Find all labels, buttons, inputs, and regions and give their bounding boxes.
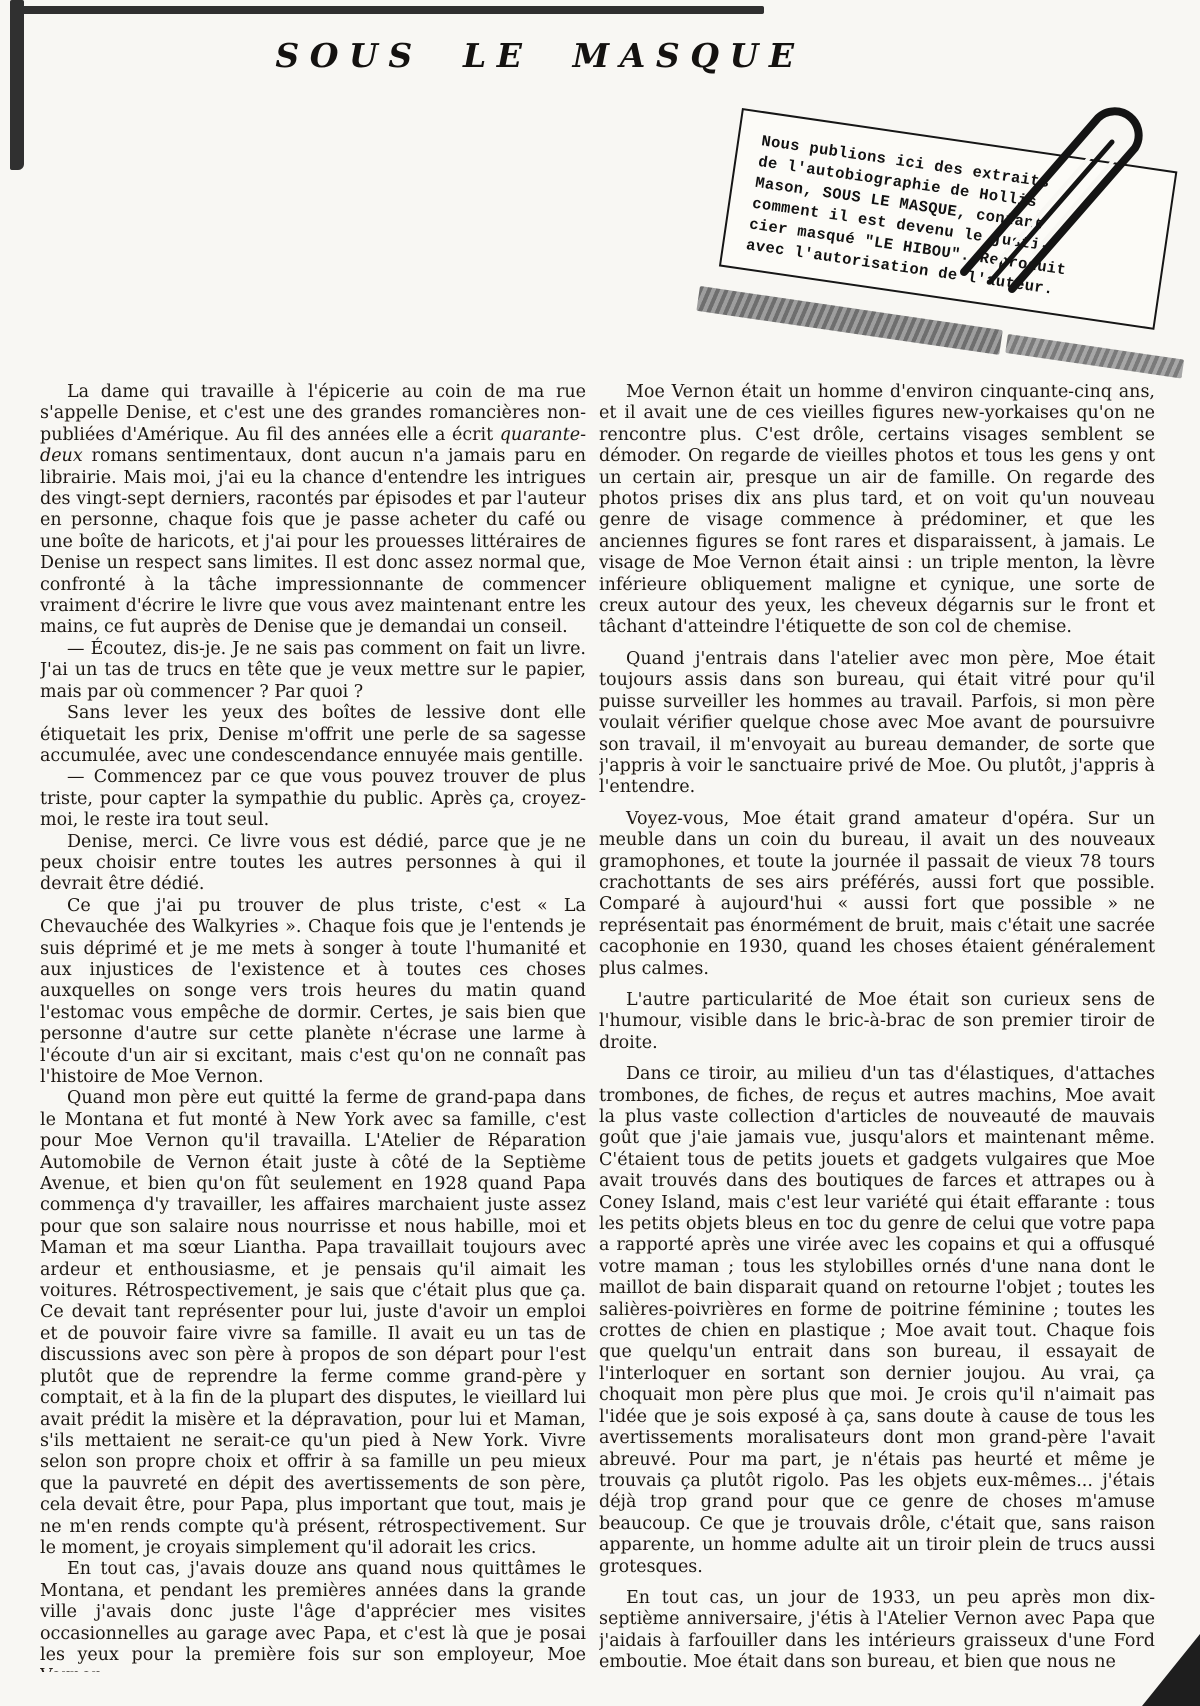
paragraph: Quand j'entrais dans l'atelier avec mon … [599, 649, 1155, 799]
page-title: SOUS LE MASQUE [275, 36, 804, 75]
text-column-right: Moe Vernon était un homme d'environ cinq… [599, 382, 1155, 1672]
paragraph: La dame qui travaille à l'épicerie au co… [40, 382, 586, 639]
paragraph: — Écoutez, dis-je. Je ne sais pas commen… [40, 639, 586, 703]
paragraph: Voyez-vous, Moe était grand amateur d'op… [599, 809, 1155, 980]
paragraph: Moe Vernon était un homme d'environ cinq… [599, 382, 1155, 639]
paragraph: En tout cas, j'avais douze ans quand nou… [40, 1559, 586, 1672]
paragraph: Dans ce tiroir, au milieu d'un tas d'éla… [599, 1064, 1155, 1578]
paragraph: Denise, merci. Ce livre vous est dédié, … [40, 832, 586, 896]
paragraph: Sans lever les yeux des boîtes de lessiv… [40, 703, 586, 767]
paragraph: En tout cas, un jour de 1933, un peu apr… [599, 1588, 1155, 1672]
paragraph: Quand mon père eut quitté la ferme de gr… [40, 1088, 586, 1559]
scan-edge-mark-top [12, 6, 764, 14]
note-shadow [1005, 334, 1184, 378]
editorial-note: Nous publions ici des extraits de l'auto… [719, 108, 1177, 330]
paragraph: — Commencez par ce que vous pouvez trouv… [40, 767, 586, 831]
paragraph: Ce que j'ai pu trouver de plus triste, c… [40, 896, 586, 1089]
paragraph: L'autre particularité de Moe était son c… [599, 990, 1155, 1054]
scan-edge-mark-left [10, 0, 24, 170]
scanned-book-page: SOUS LE MASQUE Nous publions ici des ext… [0, 0, 1200, 1706]
text-column-left: La dame qui travaille à l'épicerie au co… [40, 382, 586, 1672]
